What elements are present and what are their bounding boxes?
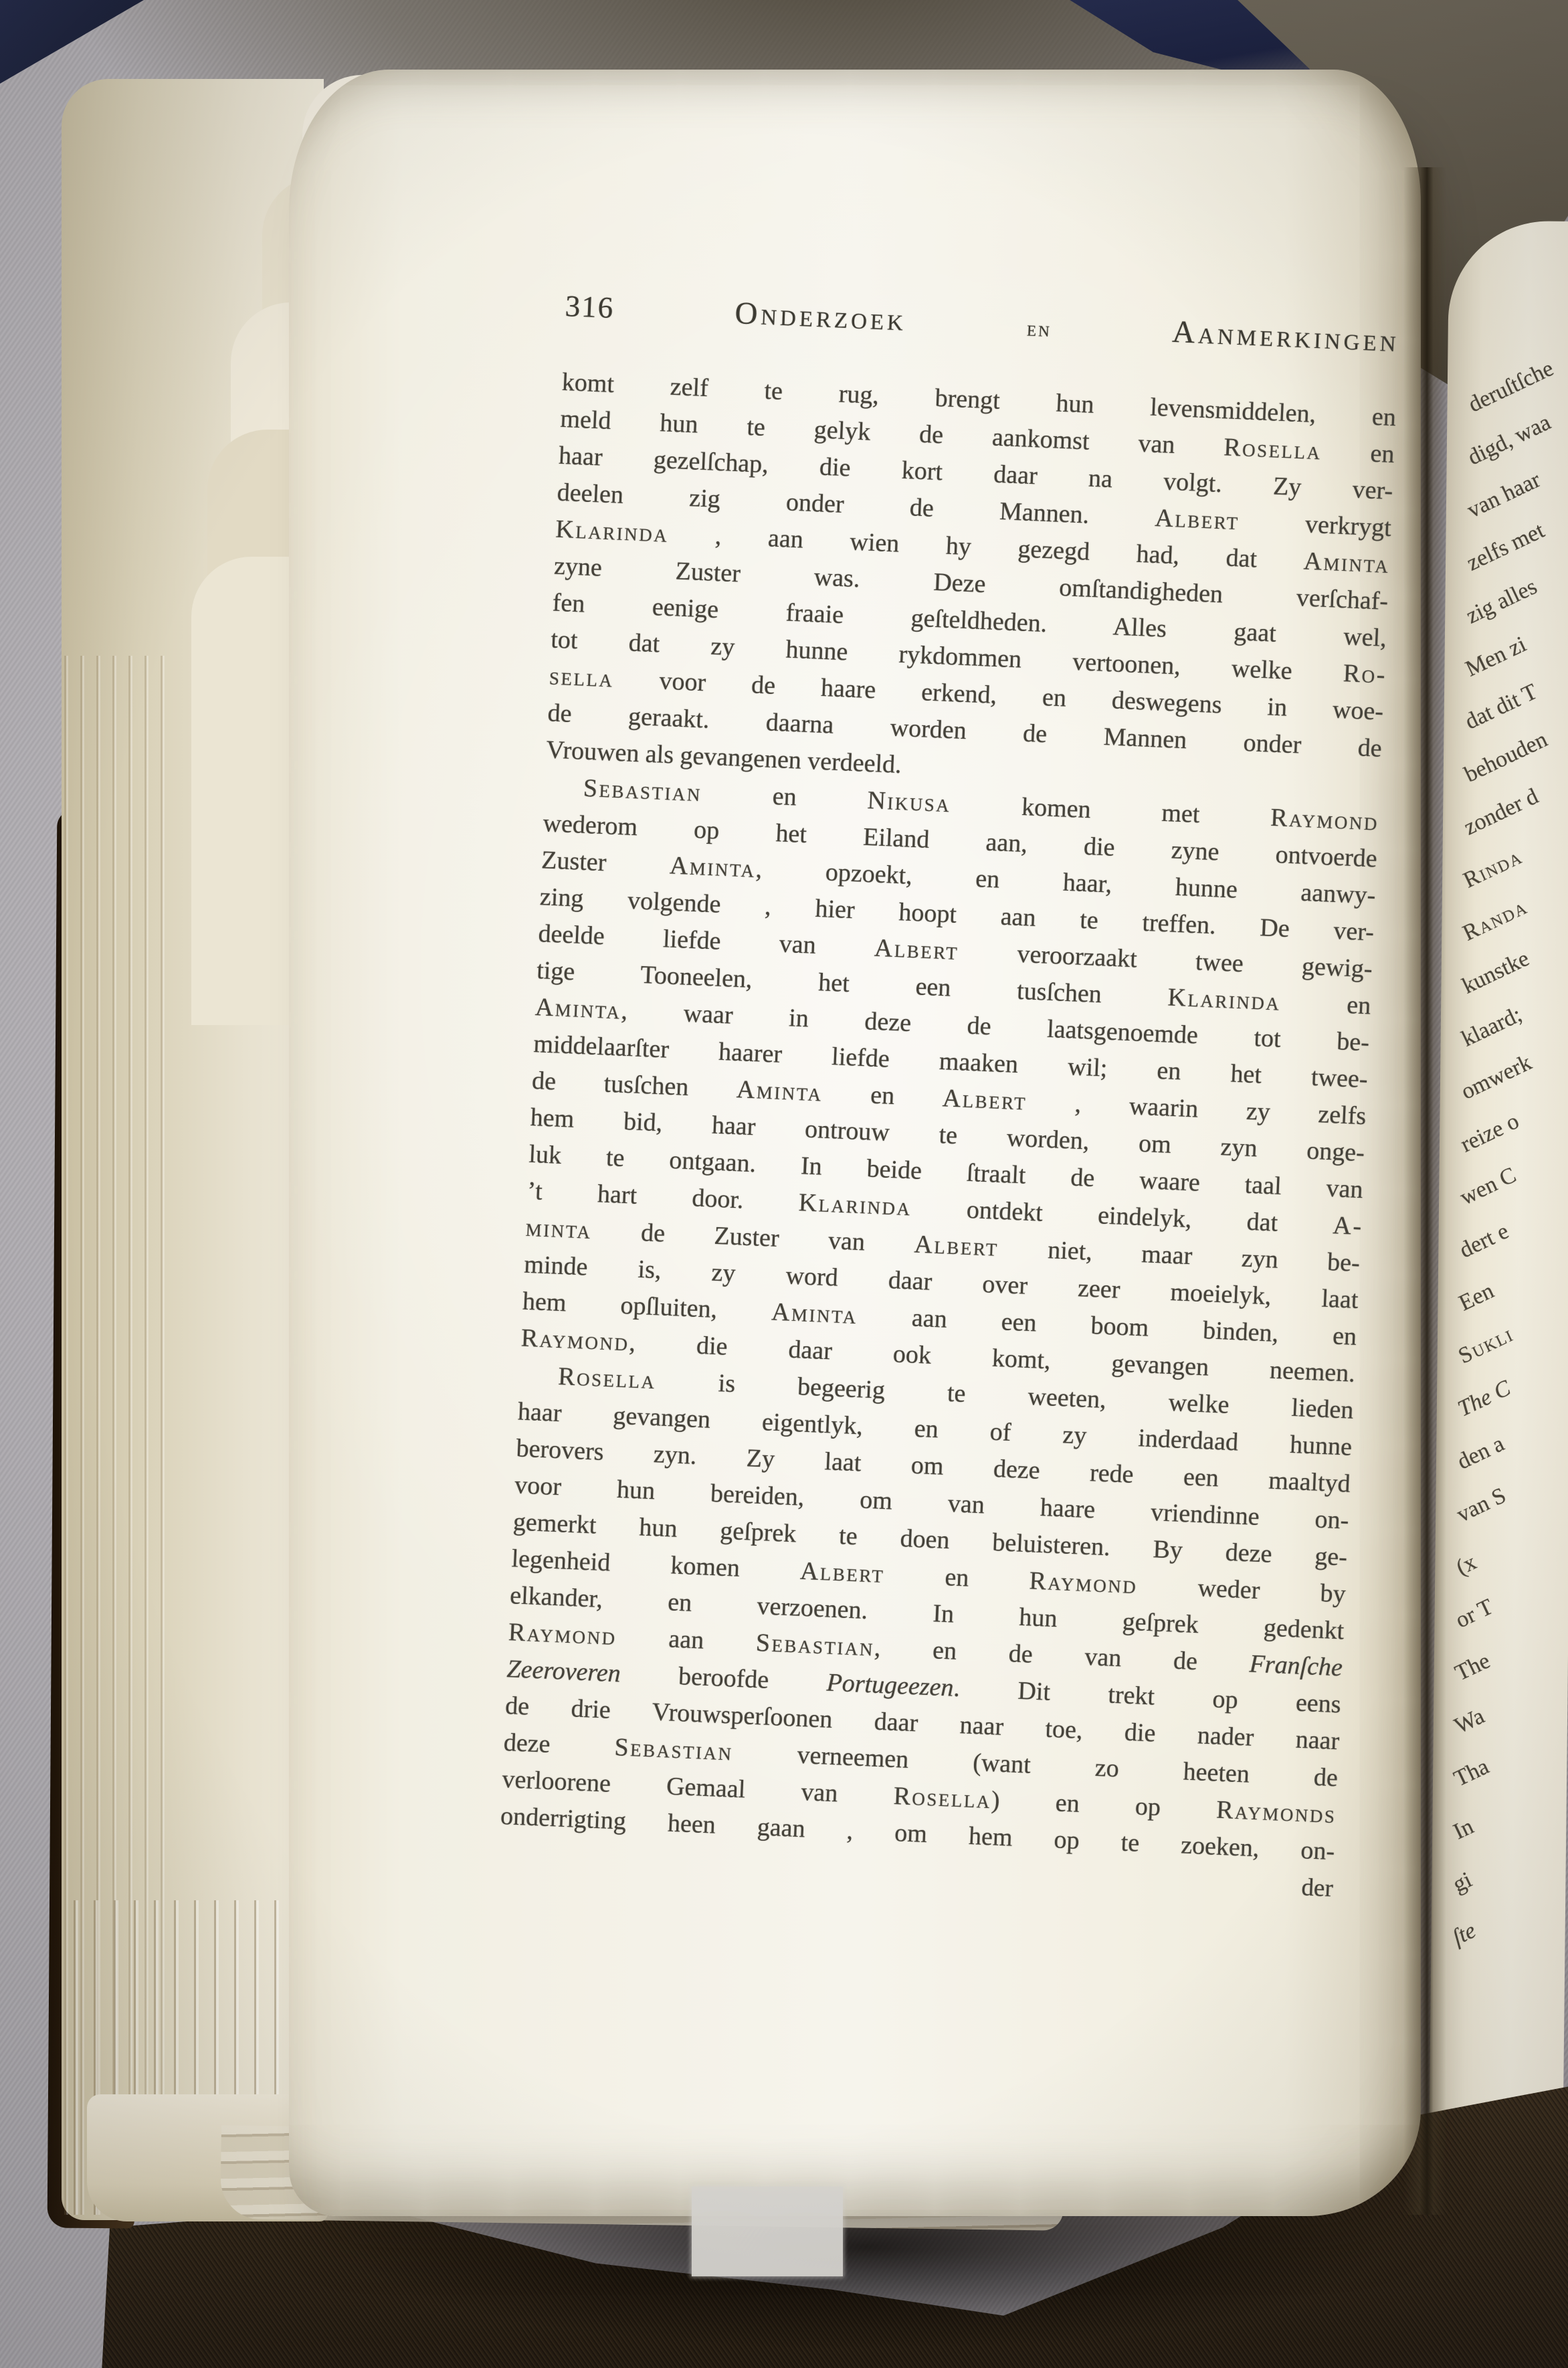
page-number: 316 xyxy=(565,288,615,325)
book-photograph: deruſtſchedigd, waavan haarzelfs metzig … xyxy=(0,0,1568,2368)
gutter-shadow-line xyxy=(1403,167,1446,2215)
header-title-word1: Onderzoek xyxy=(734,295,907,339)
header-title-conjunction: en xyxy=(1026,317,1052,343)
printed-text-block: 316 Onderzoek en Aanmerkingen komt zelf … xyxy=(498,288,1400,1908)
right-page-text-fragment: deruſtſche xyxy=(1465,304,1568,418)
redaction-patch xyxy=(692,2187,843,2276)
body-text: komt zelf te rug, brengt hun levensmidde… xyxy=(500,364,1397,1870)
facing-page-sliver: deruſtſchedigd, waavan haarzelfs metzig … xyxy=(1428,220,1568,2323)
